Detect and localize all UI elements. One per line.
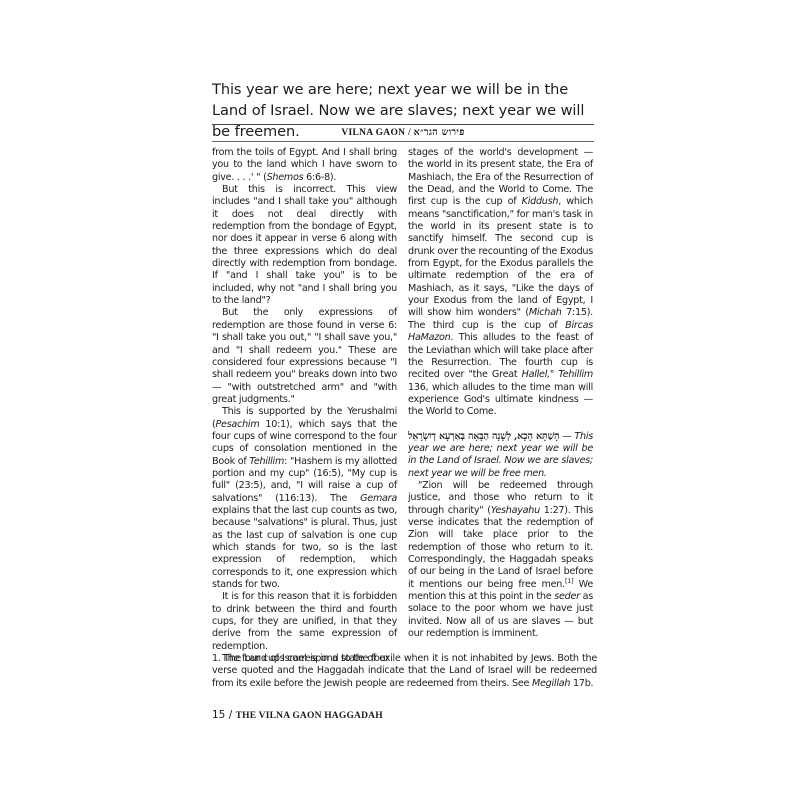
citation: seder (554, 591, 580, 602)
paragraph: But the only expressions of redemption a… (212, 307, 397, 406)
folio-separator: / (225, 709, 235, 721)
page-number: 15 (212, 709, 225, 721)
footnote: 1. The Land of Israel is in a state of e… (212, 653, 597, 690)
paragraph: This is supported by the Yerushalmi (Pes… (212, 406, 397, 591)
citation: Hallel," Tehillim (522, 369, 593, 380)
section-label: VILNA GAON / פירוש הגר״א (212, 127, 594, 138)
citation: Tehillim (249, 456, 284, 467)
citation: Pesachim (216, 419, 260, 430)
section-label-hebrew: פירוש הגר״א (414, 127, 465, 138)
hebrew-lemma: הָשַׁתָּא הָכָא, לְשָׁנָה הַבָּאָה בְּאַ… (408, 431, 559, 442)
paragraph: "Zion will be redeemed through justice, … (408, 480, 593, 640)
lemma-paragraph: הָשַׁתָּא הָכָא, לְשָׁנָה הַבָּאָה בְּאַ… (408, 431, 593, 480)
paragraph: But this is incorrect. This view include… (212, 184, 397, 307)
page-folio: 15 / THE VILNA GAON HAGGADAH (212, 709, 383, 721)
top-rule (212, 124, 594, 125)
bottom-rule (212, 141, 594, 142)
citation: Michah (529, 307, 562, 318)
book-page: This year we are here; next year we will… (212, 0, 594, 800)
citation: Megillah (532, 678, 570, 689)
paragraph: from the toils of Egypt. And I shall bri… (212, 147, 397, 184)
citation: Shemos (267, 172, 304, 183)
section-label-english: VILNA GAON (341, 128, 405, 138)
paragraph: stages of the world's development — the … (408, 147, 593, 419)
citation: Yeshayahu (491, 505, 540, 516)
section-label-separator: / (405, 128, 413, 138)
book-title: THE VILNA GAON HAGGADAH (236, 711, 383, 721)
paragraph: It is for this reason that it is forbidd… (212, 591, 397, 653)
right-column: stages of the world's development — the … (408, 147, 593, 640)
citation: Gemara (360, 493, 397, 504)
citation: Kiddush (522, 196, 559, 207)
left-column: from the toils of Egypt. And I shall bri… (212, 147, 397, 665)
